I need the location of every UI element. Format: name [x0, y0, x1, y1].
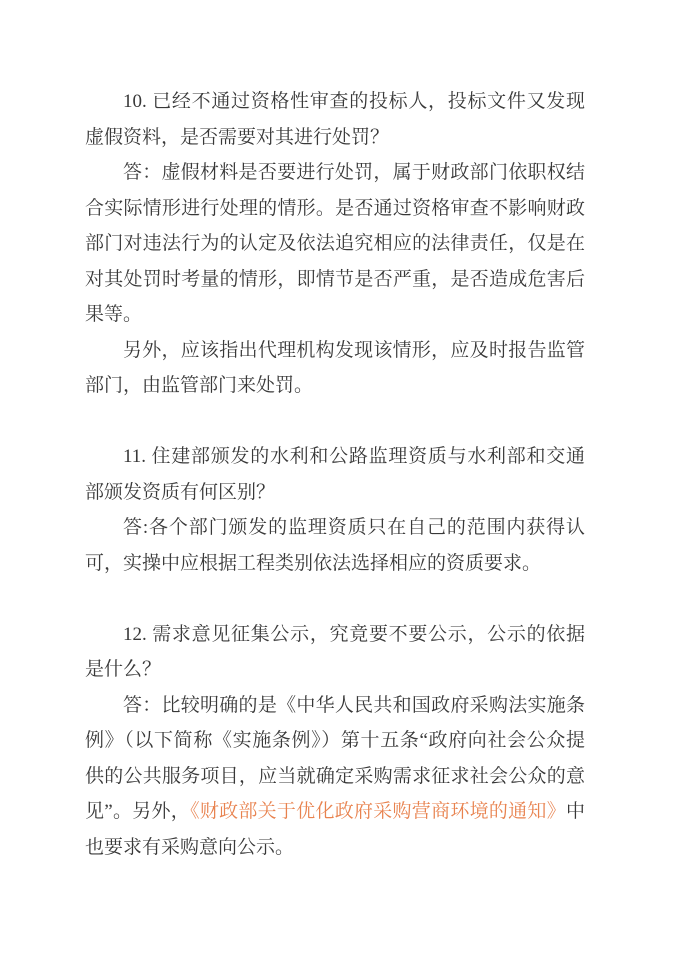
answer-10-paragraph-2: 另外，应该指出代理机构发现该情形，应及时报告监管部门，由监管部门来处罚。 — [85, 333, 585, 404]
section-gap — [85, 404, 585, 440]
notice-document-link[interactable]: 《财政部关于优化政府采购营商环境的通知》 — [190, 801, 566, 822]
question-11: 11. 住建部颁发的水利和公路监理资质与水利部和交通部颁发资质有何区别？ — [85, 439, 585, 510]
question-12: 12. 需求意见征集公示，究竟要不要公示，公示的依据是什么？ — [85, 617, 585, 688]
question-10: 10. 已经不通过资格性审查的投标人，投标文件又发现虚假资料，是否需要对其进行处… — [85, 84, 585, 155]
qa-section-12: 12. 需求意见征集公示，究竟要不要公示，公示的依据是什么？ 答：比较明确的是《… — [85, 617, 585, 866]
qa-section-10: 10. 已经不通过资格性审查的投标人，投标文件又发现虚假资料，是否需要对其进行处… — [85, 84, 585, 404]
answer-12-paragraph-1: 答：比较明确的是《中华人民共和国政府采购法实施条例》（以下简称《实施条例》）第十… — [85, 688, 585, 866]
qa-section-11: 11. 住建部颁发的水利和公路监理资质与水利部和交通部颁发资质有何区别？ 答:各… — [85, 439, 585, 581]
document-page: 10. 已经不通过资格性审查的投标人，投标文件又发现虚假资料，是否需要对其进行处… — [0, 0, 680, 962]
section-gap — [85, 581, 585, 617]
answer-10-paragraph-1: 答：虚假材料是否要进行处罚，属于财政部门依职权结合实际情形进行处理的情形。是否通… — [85, 155, 585, 333]
answer-11-paragraph-1: 答:各个部门颁发的监理资质只在自己的范围内获得认可，实操中应根据工程类别依法选择… — [85, 510, 585, 581]
